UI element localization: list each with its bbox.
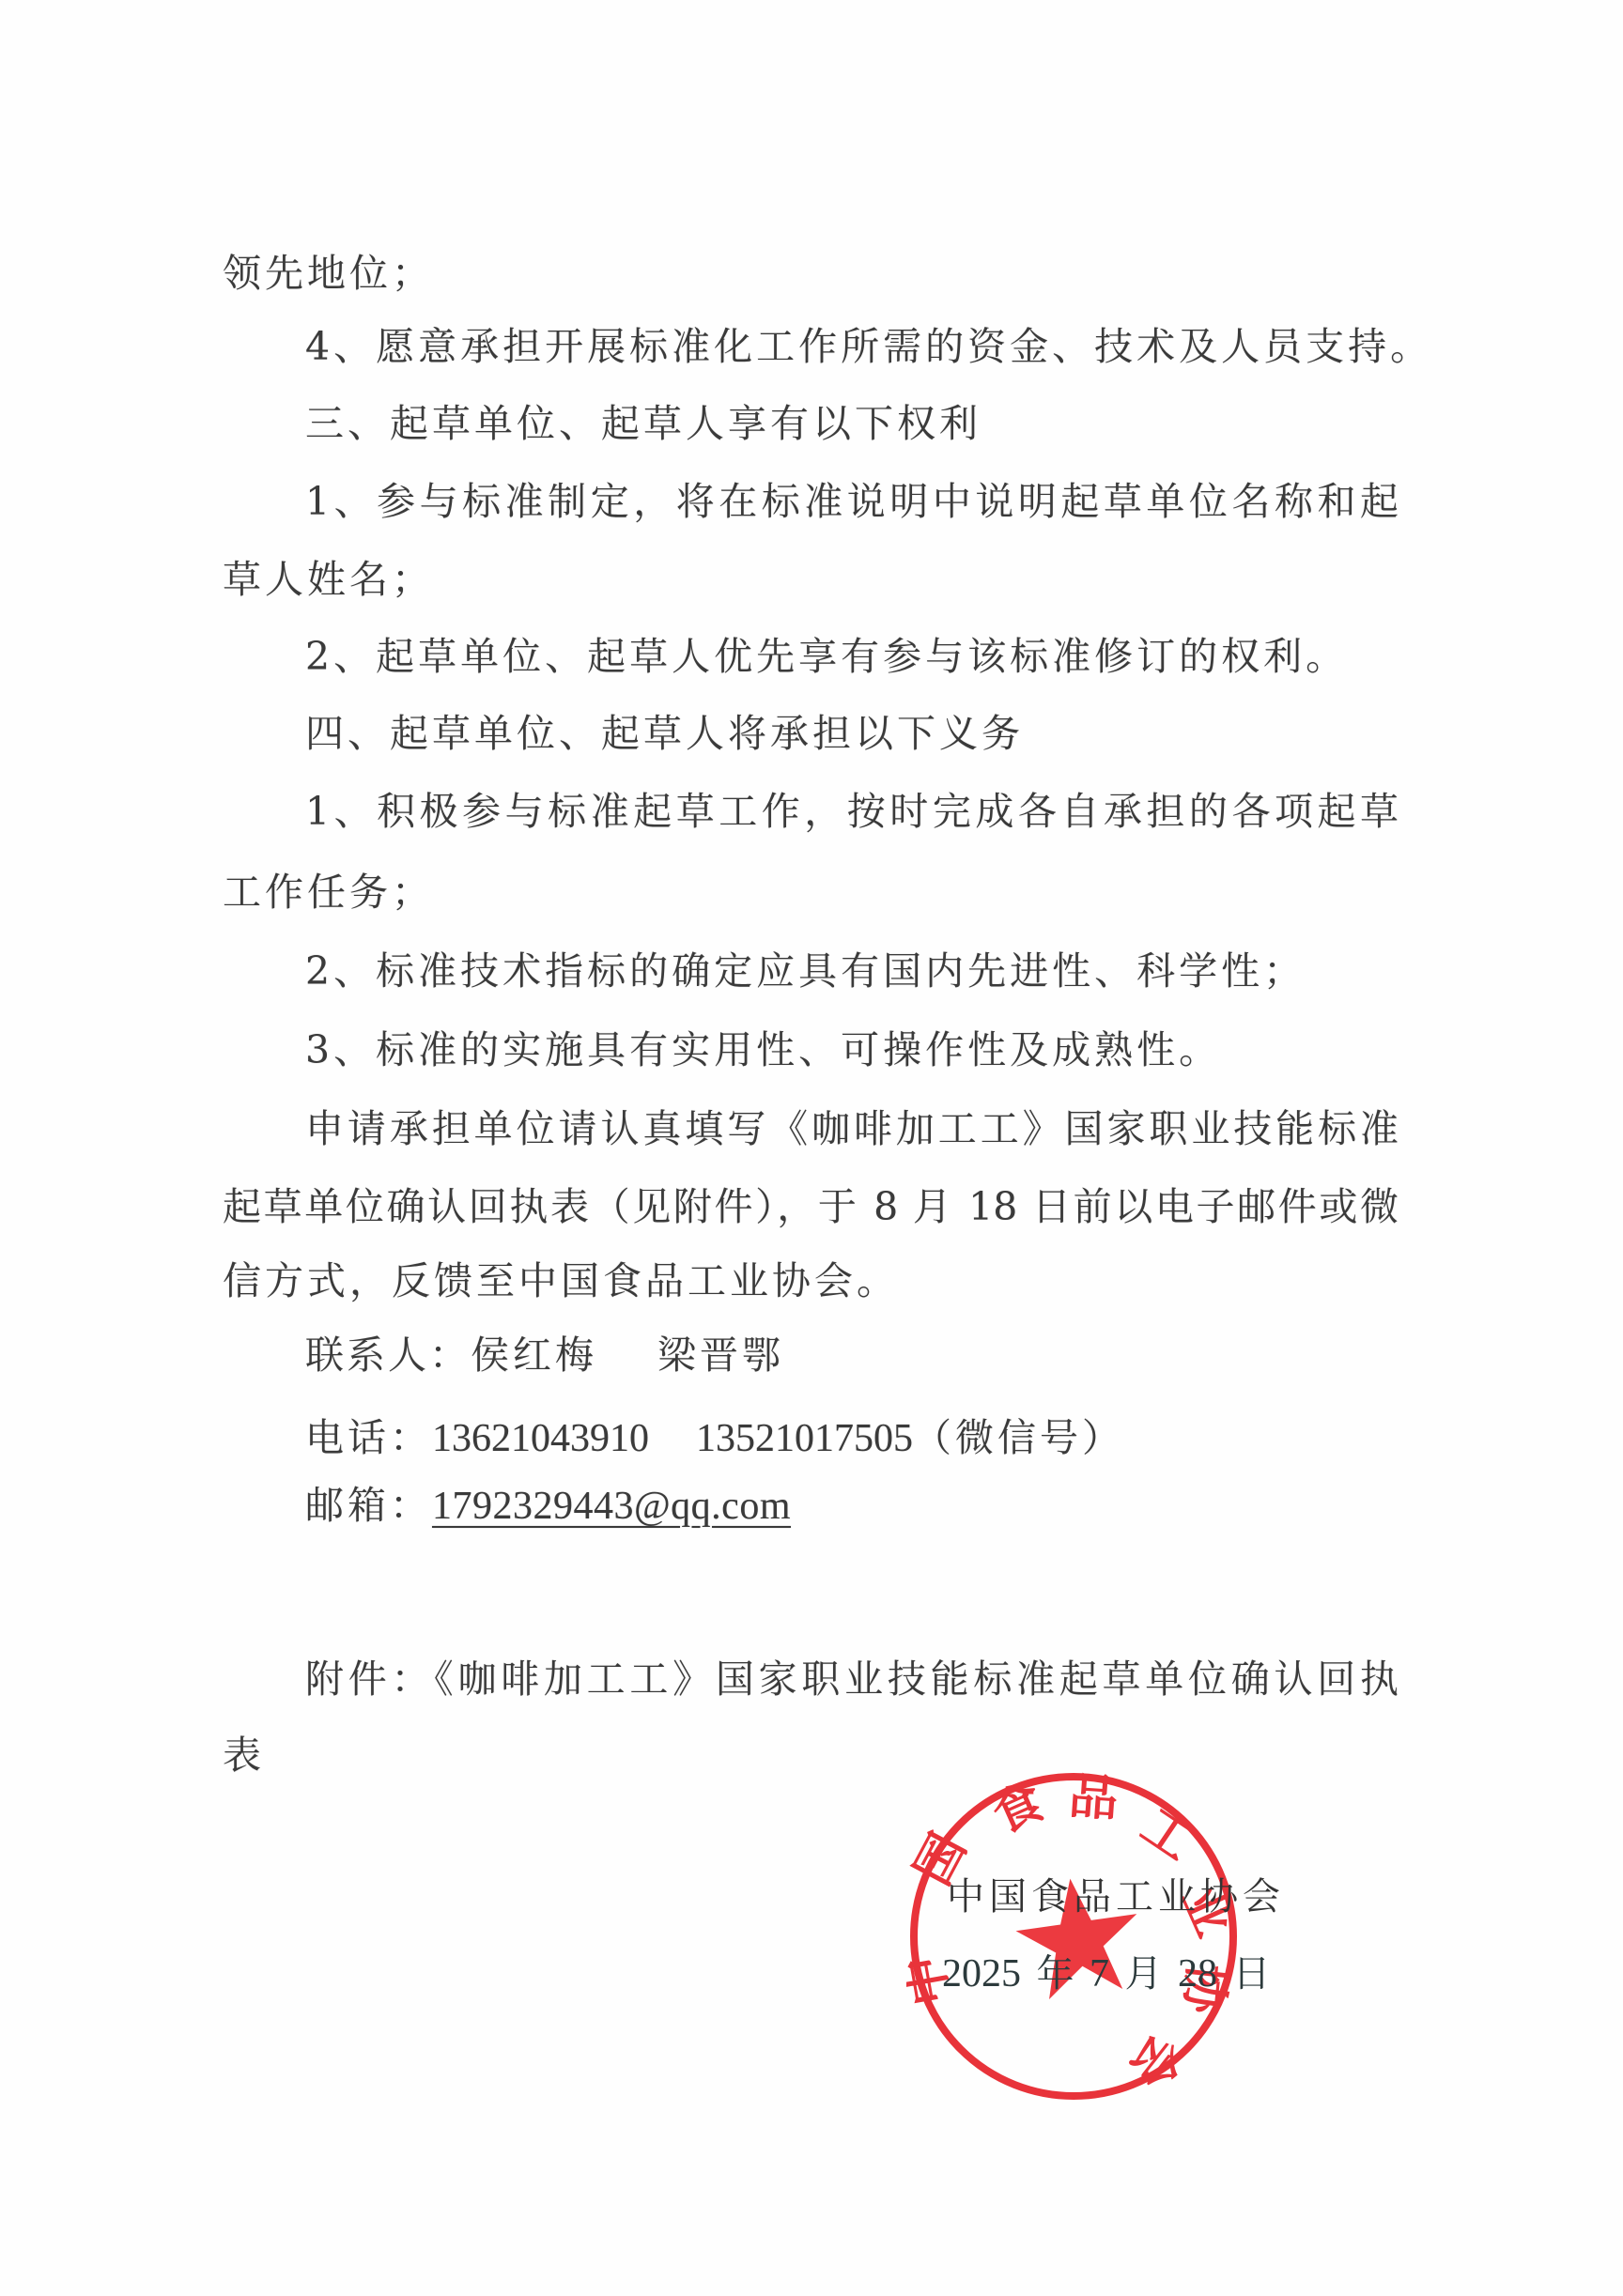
- date-year-unit: 年: [1037, 1952, 1074, 1996]
- contact-phone: 电话：1362104391013521017505（微信号）: [305, 1410, 1124, 1466]
- instruction-paragraph-line-1: 申请承担单位请认真填写《咖啡加工工》国家职业技能标准: [305, 1101, 1399, 1157]
- obligations-item-1-continuation: 工作任务；: [223, 864, 434, 920]
- rights-item-1: 1、参与标准制定，将在标准说明中说明起草单位名称和起: [305, 473, 1399, 530]
- date-month-unit: 月: [1125, 1952, 1163, 1996]
- seal-icon: 中 国 食 品 工 业 协 会: [906, 1769, 1241, 2103]
- contact-person-2: 梁晋鄂: [657, 1333, 784, 1378]
- rights-item-2: 2、起草单位、起草人优先享有参与该标准修订的权利。: [305, 628, 1348, 685]
- contact-persons: 联系人：侯红梅梁晋鄂: [305, 1327, 784, 1383]
- email-label: 邮箱：: [305, 1483, 432, 1528]
- phone-number-2: 13521017505: [696, 1417, 913, 1460]
- date-day: 28: [1178, 1952, 1217, 1996]
- obligations-item-3: 3、标准的实施具有实用性、可操作性及成熟性。: [305, 1022, 1221, 1078]
- obligations-item-1: 1、积极参与标准起草工作，按时完成各自承担的各项起草: [305, 783, 1399, 840]
- list-item-4: 4、愿意承担开展标准化工作所需的资金、技术及人员支持。: [305, 318, 1432, 375]
- obligations-item-2: 2、标准技术指标的确定应具有国内先进性、科学性；: [305, 943, 1306, 999]
- signature-date: 2025 年 7 月 28 日: [942, 1946, 1271, 2002]
- phone-label: 电话：: [305, 1415, 432, 1460]
- official-seal: 中 国 食 品 工 业 协 会: [906, 1769, 1241, 2103]
- document-page: 领先地位； 4、愿意承担开展标准化工作所需的资金、技术及人员支持。 三、起草单位…: [0, 0, 1623, 2296]
- date-day-unit: 日: [1233, 1952, 1271, 1996]
- date-month: 7: [1090, 1952, 1109, 1996]
- contact-email: 邮箱：1792329443@qq.com: [305, 1477, 791, 1533]
- contact-label: 联系人：: [305, 1333, 471, 1378]
- section-heading-rights: 三、起草单位、起草人享有以下权利: [305, 395, 982, 452]
- email-link[interactable]: 1792329443@qq.com: [432, 1485, 791, 1528]
- instruction-paragraph-line-3: 信方式，反馈至中国食品工业协会。: [223, 1253, 899, 1309]
- paragraph-line-continuation: 领先地位；: [223, 245, 434, 301]
- seal-char: 品: [1067, 1769, 1120, 1828]
- attachment-line-2: 表: [223, 1727, 265, 1783]
- signature-organization: 中国食品工业协会: [947, 1869, 1285, 1925]
- date-year: 2025: [942, 1952, 1021, 1996]
- seal-char: 工: [1131, 1797, 1203, 1872]
- phone-note: （微信号）: [913, 1415, 1124, 1460]
- instruction-paragraph-line-2: 起草单位确认回执表（见附件），于 8 月 18 日前以电子邮件或微: [223, 1179, 1399, 1235]
- rights-item-1-continuation: 草人姓名；: [223, 551, 434, 608]
- attachment-line-1: 附件：《咖啡加工工》国家职业技能标准起草单位确认回执: [305, 1651, 1399, 1707]
- phone-number-1: 13621043910: [432, 1417, 649, 1460]
- section-heading-obligations: 四、起草单位、起草人将承担以下义务: [305, 705, 1024, 762]
- contact-person-1: 侯红梅: [471, 1333, 597, 1378]
